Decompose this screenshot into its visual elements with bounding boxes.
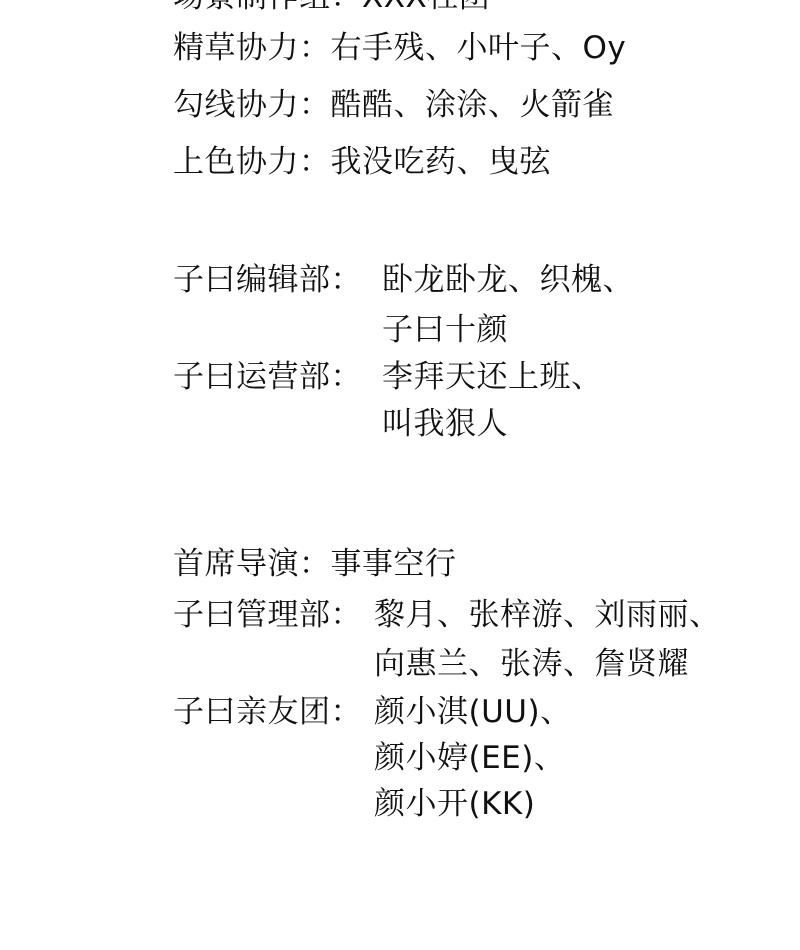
- credit-value-line: 颜小淇(UU)、: [374, 695, 572, 729]
- credit-value-line: 卧龙卧龙、织槐、: [382, 263, 634, 297]
- credit-value: 我没吃药、曳弦: [331, 144, 552, 180]
- credit-label: 上色协力：: [173, 144, 331, 180]
- credit-line-rough-sketch: 精草协力：右手残、小叶子、Oy: [173, 31, 626, 65]
- credit-value: XXX社团: [362, 0, 490, 15]
- credit-label: 子曰管理部：: [173, 597, 362, 633]
- credit-line-coloring: 上色协力：我没吃药、曳弦: [173, 145, 551, 179]
- credit-label: 子曰亲友团：: [173, 694, 362, 730]
- credit-value: 事事空行: [331, 546, 457, 582]
- credit-line-clipped: 场景制作组：XXX社团: [173, 0, 490, 14]
- credit-value-line: 颜小开(KK): [374, 787, 535, 821]
- credit-value: 酷酷、涂涂、火箭雀: [331, 87, 615, 123]
- credit-value-line: 黎月、张梓游、刘雨丽、: [374, 598, 721, 632]
- credit-line-friends: 子曰亲友团：: [173, 695, 362, 729]
- credit-value-line: 李拜天还上班、: [382, 360, 603, 394]
- credit-label: 勾线协力：: [173, 87, 331, 123]
- credit-label: 首席导演：: [173, 546, 331, 582]
- credit-value-line: 叫我狠人: [382, 407, 508, 441]
- credit-label: 精草协力：: [173, 30, 331, 66]
- credit-value-line: 颜小婷(EE)、: [374, 741, 565, 775]
- credit-label: 场景制作组：: [173, 0, 362, 15]
- credit-label: 子曰运营部：: [173, 359, 362, 395]
- credit-line-editorial: 子曰编辑部：: [173, 263, 362, 297]
- credit-value-line: 子曰十颜: [382, 313, 508, 347]
- credit-line-director: 首席导演：事事空行: [173, 547, 457, 581]
- credit-label: 子曰编辑部：: [173, 262, 362, 298]
- credit-line-lineart: 勾线协力：酷酷、涂涂、火箭雀: [173, 88, 614, 122]
- credit-line-management: 子曰管理部：: [173, 598, 362, 632]
- credit-value: 右手残、小叶子、Oy: [331, 30, 627, 66]
- credit-value-line: 向惠兰、张涛、詹贤耀: [374, 647, 689, 681]
- credit-line-operations: 子曰运营部：: [173, 360, 362, 394]
